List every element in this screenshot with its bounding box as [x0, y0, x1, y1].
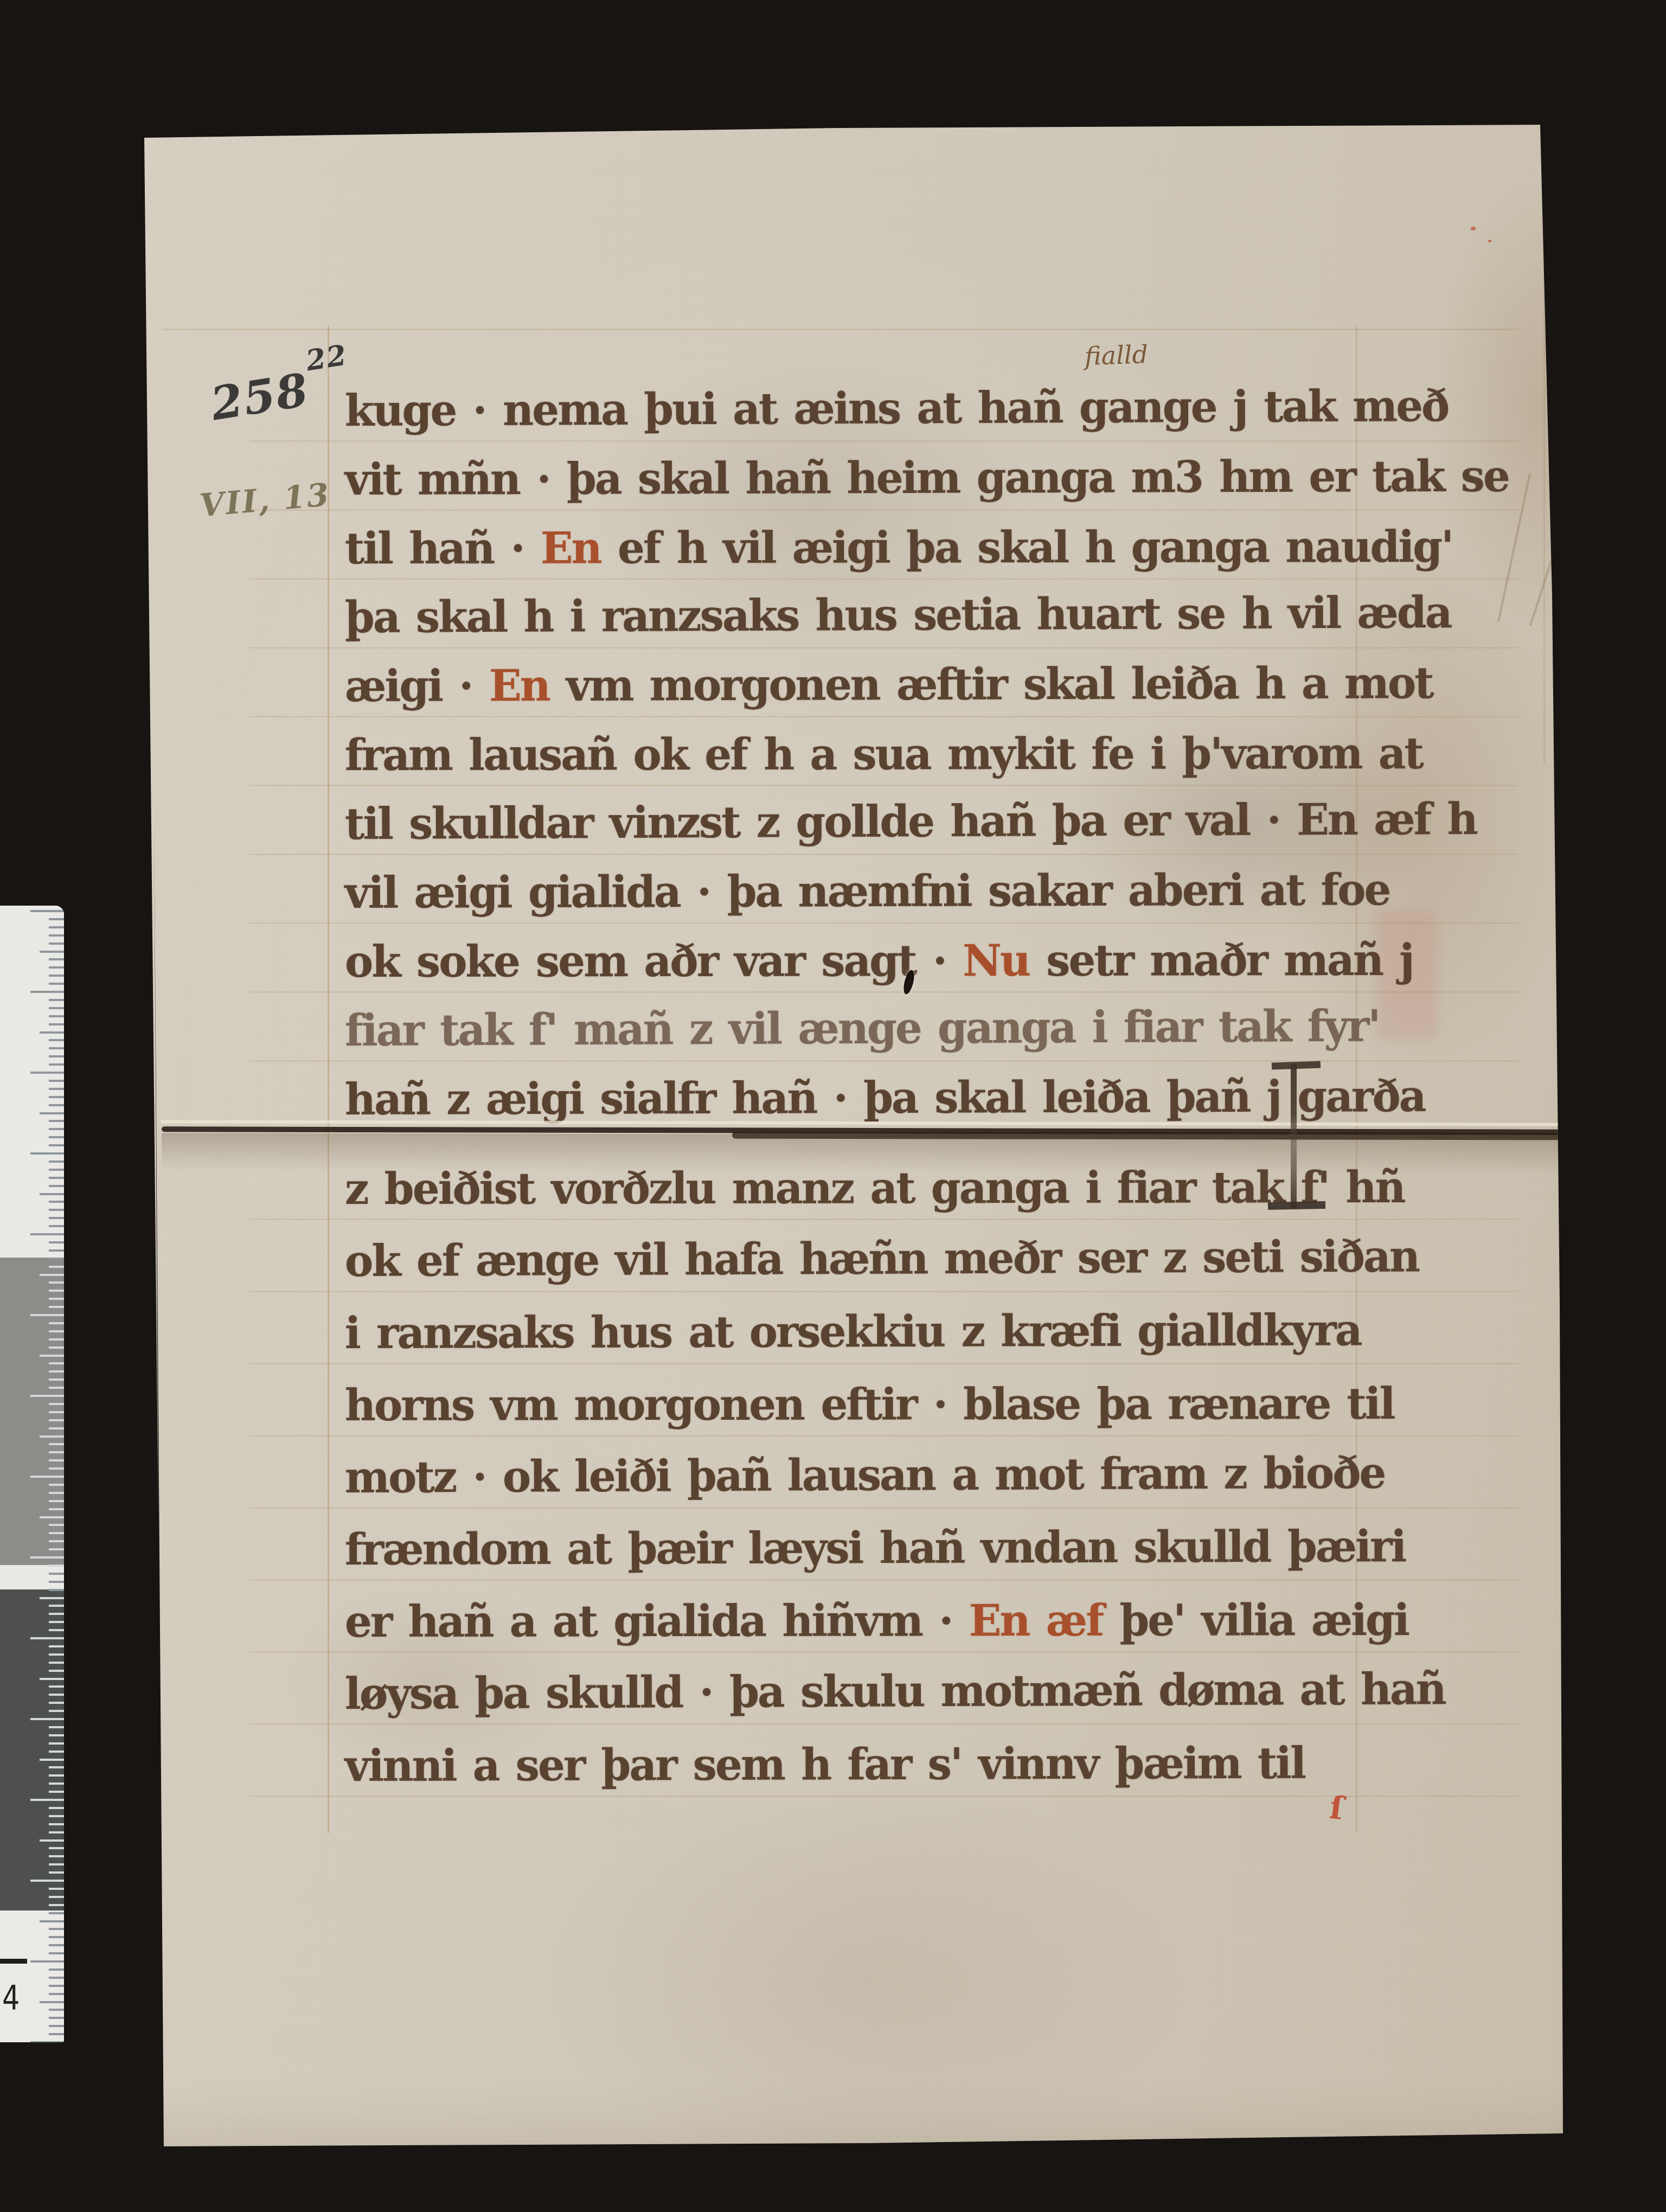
scale-tick — [30, 1152, 64, 1155]
scale-tick — [49, 1726, 64, 1728]
scale-tick — [40, 1920, 64, 1922]
scale-tick — [30, 1637, 64, 1639]
insertion-mark-bottom-bar — [1268, 1201, 1325, 1210]
scale-tick — [49, 1403, 64, 1405]
scale-tick — [49, 1347, 64, 1349]
scale-tick — [49, 1977, 64, 1979]
rubricated-text: En — [489, 660, 549, 711]
ink-text: ok soke sem aðr var sagt · — [345, 935, 963, 987]
scale-tick — [49, 1015, 64, 1017]
baseline-ruling — [249, 991, 1518, 993]
manuscript-text-line: hañ z æigi sialfr hañ · þa skal leiða þa… — [345, 1070, 1425, 1125]
red-fleck — [1471, 227, 1476, 230]
scale-label-line — [0, 1959, 27, 1964]
manuscript-text-line: løysa þa skulld · þa skulu motmæñ døma a… — [345, 1663, 1445, 1719]
scale-tick — [49, 1985, 64, 1987]
baseline-ruling — [249, 440, 1518, 442]
ink-text: ef h vil æigi þa skal h ganga naudig' — [601, 521, 1453, 574]
insertion-mark-stem — [1291, 1064, 1297, 1208]
scale-tick — [49, 1589, 64, 1591]
scale-tick — [49, 1766, 64, 1768]
ink-text: i ranzsaks hus at orsekkiu z kræfi giall… — [345, 1304, 1361, 1358]
scale-tick — [49, 1128, 64, 1130]
scale-tick — [49, 1944, 64, 1946]
scale-tick — [49, 1662, 64, 1664]
scale-tick — [49, 1023, 64, 1025]
ink-text: vinni a ser þar sem h far s' vinnv þæim … — [345, 1737, 1305, 1791]
scale-tick — [49, 1831, 64, 1833]
ink-text: þe' vilia æigi — [1103, 1594, 1408, 1646]
scale-tick — [49, 1969, 64, 1971]
scale-tick — [49, 1783, 64, 1785]
ink-text: æigi · — [345, 660, 489, 711]
baseline-ruling — [249, 1435, 1518, 1437]
scale-tick — [49, 1007, 64, 1009]
scale-tick — [40, 1516, 64, 1518]
scale-tick — [40, 1435, 64, 1438]
scale-tick — [49, 1548, 64, 1550]
scale-tick — [49, 1621, 64, 1623]
scale-tick — [49, 1290, 64, 1292]
scale-tick — [49, 1540, 64, 1542]
scale-tick — [49, 974, 64, 977]
scale-tick — [49, 1104, 64, 1106]
scale-tick — [30, 1799, 64, 1801]
scale-tick — [40, 1678, 64, 1680]
scale-tick — [40, 1112, 64, 1114]
scale-tick — [49, 1201, 64, 1203]
scale-tick — [49, 1427, 64, 1429]
shelfmark-superscript: 22 — [304, 338, 350, 377]
rubricated-text: En — [541, 522, 601, 573]
manuscript-text-line: vinni a ser þar sem h far s' vinnv þæim … — [345, 1737, 1305, 1791]
scale-tick — [49, 2017, 64, 2019]
top-ruling — [163, 329, 1518, 330]
ink-text: vit mñn · þa skal hañ heim ganga m3 hm e… — [345, 451, 1509, 505]
scale-tick — [49, 1613, 64, 1615]
ink-text: fiar tak f' mañ z vil ænge ganga i fiar … — [345, 1001, 1380, 1056]
baseline-ruling — [249, 1796, 1518, 1797]
scale-tick — [49, 1249, 64, 1252]
scale-tick — [49, 1258, 64, 1260]
scale-tick — [49, 1185, 64, 1187]
scale-tick — [49, 1928, 64, 1930]
scale-tick — [49, 1629, 64, 1631]
scale-tick — [49, 1467, 64, 1470]
manuscript-text-line: vil æigi gialida · þa næmfni sakar aberi… — [345, 864, 1390, 918]
scale-tick — [49, 1993, 64, 1995]
manuscript-text-line: ok ef ænge vil hafa hæñn meðr ser z seti… — [345, 1230, 1419, 1286]
scale-tick — [30, 1556, 64, 1559]
scale-tick — [49, 1047, 64, 1049]
scale-tick — [49, 1063, 64, 1066]
scale-tick — [49, 1362, 64, 1364]
scale-tick — [30, 1072, 64, 1074]
scale-tick — [49, 1177, 64, 1179]
scale-tick — [49, 1136, 64, 1138]
baseline-ruling — [249, 1219, 1518, 1220]
scale-tick — [49, 1088, 64, 1090]
manuscript-text-line: fiar tak f' mañ z vil ænge ganga i fiar … — [345, 1001, 1380, 1056]
manuscript-text-line: i ranzsaks hus at orsekkiu z kræfi giall… — [345, 1304, 1361, 1358]
scale-tick — [40, 1193, 64, 1195]
scale-tick — [49, 1774, 64, 1777]
scale-tick — [49, 1298, 64, 1300]
scale-tick — [49, 1039, 64, 1041]
baseline-ruling — [249, 578, 1518, 580]
scale-tick — [49, 1670, 64, 1672]
baseline-ruling — [249, 922, 1518, 924]
scale-tick — [49, 1055, 64, 1057]
baseline-ruling — [249, 785, 1518, 786]
scale-tick — [49, 1169, 64, 1171]
scale-tick — [49, 1322, 64, 1324]
scale-tick — [49, 1791, 64, 1793]
scale-tick — [49, 1734, 64, 1736]
scale-tick — [49, 1370, 64, 1373]
interlinear-gloss: fialld — [1084, 339, 1149, 371]
scale-tick — [49, 1266, 64, 1268]
ink-text: horns vm morgonen eftir · blase þa rænar… — [345, 1378, 1394, 1431]
scale-tick — [40, 1355, 64, 1357]
ink-text: vm morgonen æftir skal leiða h a mot — [549, 657, 1433, 711]
scale-tick — [40, 1759, 64, 1761]
scale-tick — [49, 1694, 64, 1696]
parchment-leaf: 25822 VII, 13 fialld kuge · nema þui at … — [0, 0, 1666, 2212]
scale-tick — [49, 942, 64, 945]
scale-tick — [49, 1871, 64, 1874]
scale-tick — [49, 1645, 64, 1647]
ink-text: til hañ · — [345, 522, 541, 574]
ink-text: þa skal h i ranzsaks hus setia huart se … — [345, 587, 1451, 643]
baseline-ruling — [249, 716, 1518, 717]
scale-tick — [30, 1233, 64, 1235]
scale-tick — [49, 1751, 64, 1753]
manuscript-text-line: fram lausañ ok ef h a sua mykit fe i þ'v… — [345, 728, 1422, 780]
scale-tick — [49, 1161, 64, 1163]
scale-tick — [40, 2001, 64, 2003]
scale-tick — [40, 1031, 64, 1034]
scale-tick — [49, 1807, 64, 1809]
scale-tick — [49, 1823, 64, 1825]
baseline-ruling — [249, 647, 1518, 649]
baseline-ruling — [249, 1651, 1518, 1653]
scale-tick — [49, 1904, 64, 1906]
scale-tick — [30, 1314, 64, 1316]
scale-tick — [49, 1217, 64, 1219]
left-bounding-ruling — [328, 325, 329, 1833]
scale-tick — [49, 1952, 64, 1954]
photographic-scale-bar: 4 — [0, 906, 64, 2042]
scale-tick — [40, 1274, 64, 1276]
scale-label: 4 — [2, 1978, 20, 2018]
scale-tick — [49, 1685, 64, 1688]
scale-tick — [40, 951, 64, 953]
scale-tick — [49, 1573, 64, 1575]
scale-tick — [49, 1451, 64, 1453]
manuscript-text-line: vit mñn · þa skal hañ heim ganga m3 hm e… — [345, 451, 1509, 505]
scale-tick — [49, 1338, 64, 1341]
scale-tick — [49, 2033, 64, 2035]
scale-tick — [49, 1419, 64, 1421]
rubricated-text: Nu — [963, 935, 1029, 986]
scale-tick — [40, 1839, 64, 1842]
scale-tick — [49, 1936, 64, 1938]
ink-text: til skulldar vinzst z gollde hañ þa er v… — [345, 793, 1477, 849]
scale-tick — [49, 1532, 64, 1534]
scale-tick — [49, 934, 64, 937]
baseline-ruling — [249, 1363, 1518, 1364]
scale-tick — [30, 1718, 64, 1720]
ink-text: løysa þa skulld · þa skulu motmæñ døma a… — [345, 1663, 1445, 1719]
baseline-ruling — [249, 854, 1518, 855]
scale-tick — [49, 1379, 64, 1381]
scale-tick — [49, 1847, 64, 1849]
scale-tick — [49, 1459, 64, 1461]
scale-tick — [49, 1508, 64, 1510]
scale-tick — [49, 1524, 64, 1526]
scale-tick — [49, 1653, 64, 1656]
scale-tick — [49, 1080, 64, 1082]
scale-tick — [49, 1306, 64, 1308]
scale-tick — [49, 983, 64, 985]
manuscript-text-line: þa skal h i ranzsaks hus setia huart se … — [345, 587, 1451, 643]
scale-tick — [49, 966, 64, 969]
scale-tick — [49, 918, 64, 920]
manuscript-text-line: til hañ · En ef h vil æigi þa skal h gan… — [345, 521, 1452, 574]
ink-text: setr maðr mañ j — [1029, 934, 1413, 986]
ink-text: motz · ok leiði þañ lausan a mot fram z … — [345, 1447, 1385, 1503]
ink-text: kuge · nema þui at æins at hañ gange j t… — [345, 380, 1449, 436]
scale-tick — [40, 1597, 64, 1599]
scale-tick — [49, 1605, 64, 1607]
scale-tick — [49, 2009, 64, 2011]
scale-tick — [49, 1855, 64, 1857]
scale-tick — [49, 1742, 64, 1745]
ink-text: ok ef ænge vil hafa hæñn meðr ser z seti… — [345, 1230, 1419, 1286]
scale-tick — [49, 999, 64, 1001]
scale-tick — [49, 1387, 64, 1389]
scale-tick — [49, 1492, 64, 1494]
ink-text: er hañ a at gialida hiñvm · — [345, 1595, 969, 1647]
scale-tick — [49, 1702, 64, 1704]
scale-tick — [49, 1443, 64, 1445]
manuscript-text-line: er hañ a at gialida hiñvm · En æf þe' vi… — [345, 1594, 1408, 1647]
scale-tick — [49, 1484, 64, 1486]
manuscript-text-line: æigi · En vm morgonen æftir skal leiða h… — [345, 657, 1433, 711]
ink-text: hañ z æigi sialfr hañ · þa skal leiða þa… — [345, 1070, 1425, 1125]
scale-tick — [49, 1144, 64, 1146]
scale-tick — [30, 991, 64, 993]
scale-tick — [49, 1500, 64, 1502]
scale-tick — [49, 1225, 64, 1227]
rubricated-text: En æf — [969, 1595, 1103, 1646]
scale-tick — [49, 1096, 64, 1098]
scale-tick — [30, 2041, 64, 2042]
scale-tick — [49, 1815, 64, 1817]
fold-shadow — [162, 1133, 1561, 1174]
scale-tick — [49, 1120, 64, 1122]
scale-tick — [49, 1330, 64, 1332]
scale-tick — [49, 1888, 64, 1890]
scale-tick — [49, 1912, 64, 1914]
scale-tick — [49, 1411, 64, 1413]
scale-tick — [49, 1896, 64, 1898]
scale-tick — [49, 1565, 64, 1567]
baseline-ruling — [249, 509, 1518, 511]
scale-tick — [30, 1395, 64, 1397]
scale-tick — [49, 1209, 64, 1211]
scale-tick — [49, 1581, 64, 1583]
scale-white-band — [0, 1565, 64, 1589]
scale-tick — [49, 1710, 64, 1712]
scale-tick — [30, 1960, 64, 1963]
manuscript-text-line: horns vm morgonen eftir · blase þa rænar… — [345, 1378, 1394, 1431]
baseline-ruling — [249, 1507, 1518, 1509]
scale-tick — [49, 1241, 64, 1243]
scale-tick — [49, 958, 64, 960]
baseline-ruling — [249, 1291, 1518, 1292]
scale-tick — [30, 910, 64, 912]
manuscript-text-line: kuge · nema þui at æins at hañ gange j t… — [345, 380, 1449, 436]
manuscript-text-line: til skulldar vinzst z gollde hañ þa er v… — [345, 793, 1477, 849]
ink-text: vil æigi gialida · þa næmfni sakar aberi… — [345, 864, 1390, 918]
ink-text: fram lausañ ok ef h a sua mykit fe i þ'v… — [345, 728, 1422, 780]
scale-tick — [49, 926, 64, 928]
manuscript-text-line: ok soke sem aðr var sagt · Nu setr maðr … — [345, 934, 1413, 987]
manuscript-text-line: frændom at þæir læysi hañ vndan skulld þ… — [345, 1521, 1406, 1575]
baseline-ruling — [249, 1060, 1518, 1062]
baseline-ruling — [249, 1723, 1518, 1725]
scale-tick — [30, 1476, 64, 1478]
scale-tick — [49, 2025, 64, 2027]
scale-tick — [49, 1281, 64, 1284]
baseline-ruling — [249, 1579, 1518, 1581]
crease-mark — [1543, 141, 1545, 765]
red-fleck — [1488, 240, 1491, 242]
ink-text: frændom at þæir læysi hañ vndan skulld þ… — [345, 1521, 1406, 1575]
manuscript-text-line: motz · ok leiði þañ lausan a mot fram z … — [345, 1447, 1385, 1503]
scale-tick — [49, 1863, 64, 1865]
scale-tick — [30, 1880, 64, 1882]
